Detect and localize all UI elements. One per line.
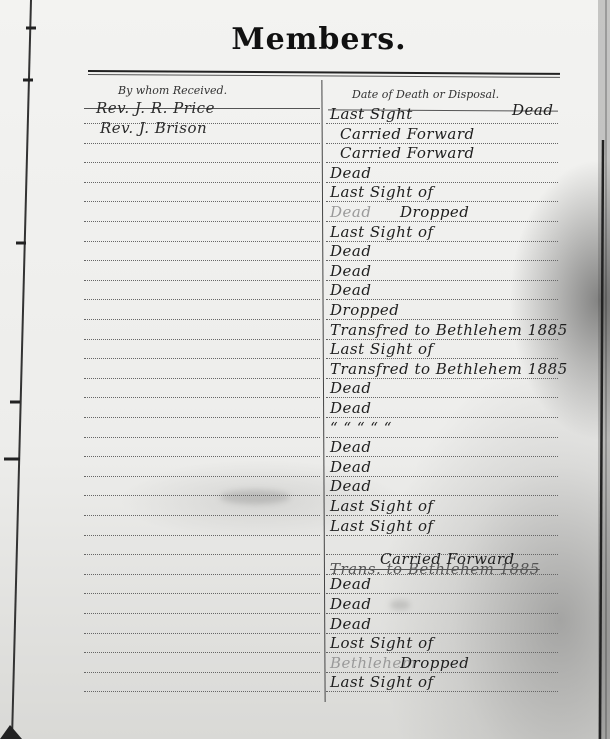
disposal-text: Dead — [330, 438, 371, 456]
disposal-text: Dead — [330, 615, 371, 633]
ruled-line — [84, 221, 320, 222]
ruled-line — [84, 299, 320, 300]
ink-smudge — [390, 600, 410, 610]
ruled-line — [84, 515, 320, 516]
faint-erased-text: Dead — [330, 203, 371, 221]
ruled-line — [84, 319, 320, 320]
ruled-line — [84, 378, 320, 379]
disposal-text: Dead — [330, 379, 371, 397]
disposal-text: Last Sight of — [330, 517, 434, 535]
ruled-line — [84, 182, 320, 183]
ruled-line — [326, 535, 558, 536]
ruled-line — [84, 260, 320, 261]
ruled-line — [84, 554, 320, 555]
disposal-text: “ “ “ “ “ — [330, 419, 392, 437]
disposal-text: Dead — [330, 281, 371, 299]
ruled-line — [84, 201, 320, 202]
ruled-line — [84, 143, 320, 144]
ruled-line — [84, 162, 320, 163]
disposal-text: Carried Forward — [340, 144, 475, 162]
disposal-text: Last Sight — [330, 105, 413, 123]
page-title: Members. — [14, 22, 610, 57]
ruled-line — [84, 652, 320, 653]
ruled-line — [84, 613, 320, 614]
disposal-text: Dropped — [330, 301, 399, 319]
column-divider — [321, 80, 325, 702]
ruled-line — [84, 574, 320, 575]
title-rule-secondary — [88, 74, 560, 78]
disposal-extra-text: Dead — [512, 101, 553, 119]
disposal-text: Carried Forward — [380, 550, 515, 568]
ruled-line — [84, 358, 320, 359]
disposal-text: Carried Forward — [340, 125, 475, 143]
disposal-text: Dead — [330, 262, 371, 280]
ruled-line — [84, 672, 320, 673]
column-header-received-by: By whom Received. — [118, 84, 227, 97]
ruled-line — [84, 437, 320, 438]
binding-stitch-line — [0, 0, 40, 739]
ruled-line — [84, 417, 320, 418]
disposal-text: Dropped — [400, 654, 469, 672]
ruled-line — [84, 535, 320, 536]
disposal-text: Transfred to Bethlehem 1885 — [330, 321, 568, 339]
ruled-line — [84, 397, 320, 398]
disposal-text: Dropped — [400, 203, 469, 221]
ruled-line — [84, 339, 320, 340]
column-header-disposal: Date of Death or Disposal. — [352, 88, 499, 101]
ledger-page: Members. By whom Received. Date of Death… — [0, 0, 610, 739]
ruled-line — [84, 241, 320, 242]
ruled-line — [84, 476, 320, 477]
ruled-line — [326, 691, 558, 692]
disposal-text: Dead — [330, 575, 371, 593]
ruled-line — [84, 280, 320, 281]
ruled-line — [84, 633, 320, 634]
disposal-text: Last Sight of — [330, 183, 434, 201]
disposal-text: Dead — [330, 477, 371, 495]
ink-smudge — [220, 490, 290, 504]
received-by-entry: Rev. J. R. Price — [96, 99, 215, 117]
disposal-text: Last Sight of — [330, 340, 434, 358]
ruled-line — [84, 691, 320, 692]
disposal-text: Dead — [330, 164, 371, 182]
disposal-text: Transfred to Bethlehem 1885 — [330, 360, 568, 378]
ruled-line — [84, 456, 320, 457]
disposal-text: Dead — [330, 595, 371, 613]
disposal-text: Dead — [330, 458, 371, 476]
disposal-text: Lost Sight of — [330, 634, 434, 652]
received-by-entry: Rev. J. Brison — [100, 119, 207, 137]
disposal-text: Dead — [330, 242, 371, 260]
page-edge-shadow — [580, 0, 610, 739]
disposal-text: Last Sight of — [330, 673, 434, 691]
disposal-text: Last Sight of — [330, 223, 434, 241]
disposal-text: Dead — [330, 399, 371, 417]
disposal-text: Last Sight of — [330, 497, 434, 515]
ruled-line — [84, 593, 320, 594]
